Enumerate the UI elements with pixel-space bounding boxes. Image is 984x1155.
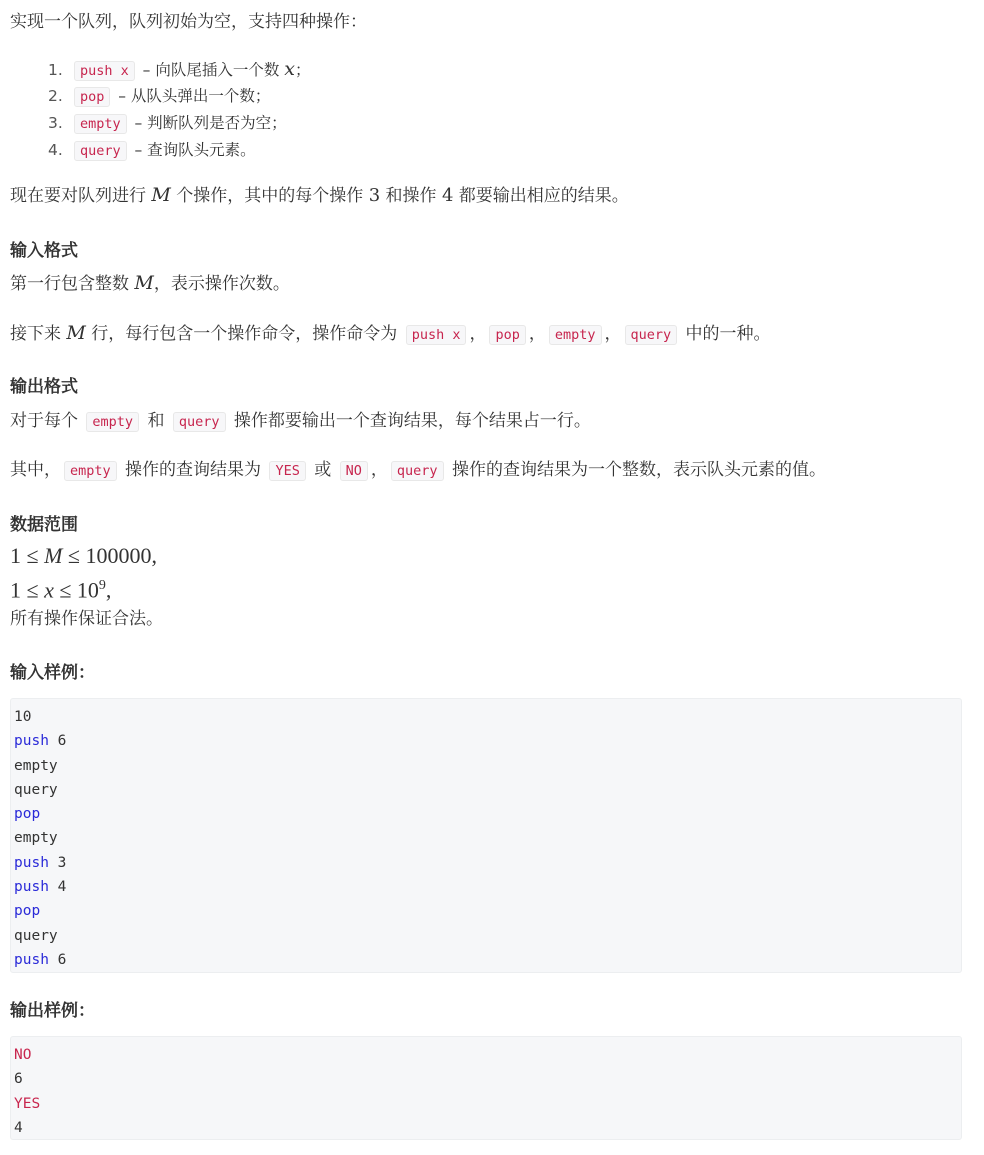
math-var: x bbox=[44, 577, 54, 602]
text: 操作的查询结果为 bbox=[120, 460, 267, 480]
text: 或 bbox=[309, 460, 337, 480]
code-line: query bbox=[14, 924, 961, 948]
range-line-2: 1 ≤ x ≤ 109, bbox=[10, 571, 111, 605]
list-number: 2. bbox=[48, 83, 66, 110]
inline-code: empty bbox=[549, 325, 602, 345]
output-format-line2: 其中，empty 操作的查询结果为 YES 或 NO，query 操作的查询结果… bbox=[10, 457, 826, 484]
inline-code: empty bbox=[86, 412, 139, 432]
inline-code: pop bbox=[489, 325, 525, 345]
text: ， bbox=[469, 324, 486, 344]
output-format-heading: 输出格式 bbox=[10, 372, 78, 397]
code-line: 10 bbox=[14, 705, 961, 729]
text: 操作都要输出一个查询结果，每个结果占一行。 bbox=[229, 411, 591, 431]
text: 中的一种。 bbox=[680, 324, 770, 344]
text: 个操作，其中的每个操作 bbox=[171, 186, 369, 206]
text: 1 ≤ bbox=[10, 543, 44, 568]
intro-text: 实现一个队列，队列初始为空，支持四种操作： bbox=[10, 9, 367, 35]
text: , bbox=[106, 577, 112, 602]
text: ， bbox=[371, 460, 388, 480]
text: 第一行包含整数 bbox=[10, 274, 134, 294]
code-line: empty bbox=[14, 754, 961, 778]
text: 都要输出相应的结果。 bbox=[453, 186, 628, 206]
operation-item: 1. push x – 向队尾插入一个数 x； bbox=[48, 56, 311, 83]
text: ≤ 10 bbox=[54, 577, 99, 602]
range-note: 所有操作保证合法。 bbox=[10, 606, 163, 632]
code-line: query bbox=[14, 778, 961, 802]
text: 对于每个 bbox=[10, 411, 83, 431]
operation-desc: – 判断队列是否为空； bbox=[130, 114, 287, 132]
operation-item: 3. empty – 判断队列是否为空； bbox=[48, 110, 311, 137]
code-line: pop bbox=[14, 802, 961, 826]
math-var: M bbox=[66, 322, 85, 344]
math-var: M bbox=[151, 184, 170, 206]
inline-code: query bbox=[625, 325, 678, 345]
operation-desc: – 向队尾插入一个数 bbox=[138, 61, 285, 79]
math-var: x bbox=[284, 58, 295, 80]
list-number: 1. bbox=[48, 57, 66, 84]
sample-input-block[interactable]: 10push 6emptyquerypopemptypush 3push 4po… bbox=[10, 698, 962, 973]
text: 和 bbox=[142, 411, 170, 431]
inline-code: push x bbox=[406, 325, 467, 345]
text: 操作的查询结果为一个整数，表示队头元素的值。 bbox=[447, 460, 826, 480]
text: 和操作 bbox=[380, 186, 442, 206]
code-line: pop bbox=[14, 899, 961, 923]
operation-desc: – 查询队头元素。 bbox=[130, 141, 256, 159]
summary-text: 现在要对队列进行 M 个操作，其中的每个操作 3 和操作 4 都要输出相应的结果… bbox=[10, 182, 629, 209]
code-line: push 3 bbox=[14, 851, 961, 875]
inline-code: pop bbox=[74, 87, 110, 107]
text: 其中， bbox=[10, 460, 61, 480]
code-line: push 4 bbox=[14, 875, 961, 899]
list-number: 4. bbox=[48, 137, 66, 164]
code-line: push 6 bbox=[14, 729, 961, 753]
text: ，表示操作次数。 bbox=[154, 274, 290, 294]
operations-list: 1. push x – 向队尾插入一个数 x； 2. pop – 从队头弹出一个… bbox=[28, 56, 311, 164]
text: 1 ≤ bbox=[10, 577, 44, 602]
data-range-heading: 数据范围 bbox=[10, 510, 78, 535]
inline-code: empty bbox=[74, 114, 127, 134]
text: ， bbox=[529, 324, 546, 344]
list-number: 3. bbox=[48, 110, 66, 137]
sample-input-heading: 输入样例： bbox=[10, 658, 95, 683]
math-num: 3 bbox=[369, 185, 380, 206]
math-num: 4 bbox=[442, 185, 453, 206]
code-line: empty bbox=[14, 826, 961, 850]
text: ≤ 100000, bbox=[62, 543, 157, 568]
code-line: 4 bbox=[14, 1116, 961, 1140]
inline-code: empty bbox=[64, 461, 117, 481]
sample-output-heading: 输出样例： bbox=[10, 996, 95, 1021]
math-var: M bbox=[44, 543, 62, 568]
inline-code: push x bbox=[74, 61, 135, 81]
operation-tail: ； bbox=[295, 61, 311, 79]
operation-item: 2. pop – 从队头弹出一个数； bbox=[48, 83, 311, 110]
inline-code: query bbox=[391, 461, 444, 481]
sample-output-block[interactable]: NO6YES4 bbox=[10, 1036, 962, 1140]
code-line: 6 bbox=[14, 1067, 961, 1091]
text: 行，每行包含一个操作命令，操作命令为 bbox=[86, 324, 403, 344]
operation-desc: – 从队头弹出一个数； bbox=[113, 87, 270, 105]
input-format-line2: 接下来 M 行，每行包含一个操作命令，操作命令为 push x，pop，empt… bbox=[10, 320, 771, 348]
text: 接下来 bbox=[10, 324, 66, 344]
inline-code: YES bbox=[269, 461, 305, 481]
input-format-line1: 第一行包含整数 M，表示操作次数。 bbox=[10, 270, 290, 297]
text: ， bbox=[605, 324, 622, 344]
text: 现在要对队列进行 bbox=[10, 186, 151, 206]
code-line: YES bbox=[14, 1092, 961, 1116]
operation-item: 4. query – 查询队头元素。 bbox=[48, 137, 311, 164]
input-format-heading: 输入格式 bbox=[10, 236, 78, 261]
output-format-line1: 对于每个 empty 和 query 操作都要输出一个查询结果，每个结果占一行。 bbox=[10, 408, 591, 435]
inline-code: query bbox=[74, 141, 127, 161]
math-var: M bbox=[134, 272, 153, 294]
inline-code: NO bbox=[340, 461, 368, 481]
exponent: 9 bbox=[99, 578, 106, 593]
code-line: push 6 bbox=[14, 948, 961, 972]
code-line: NO bbox=[14, 1043, 961, 1067]
range-line-1: 1 ≤ M ≤ 100000, bbox=[10, 541, 157, 571]
inline-code: query bbox=[173, 412, 226, 432]
